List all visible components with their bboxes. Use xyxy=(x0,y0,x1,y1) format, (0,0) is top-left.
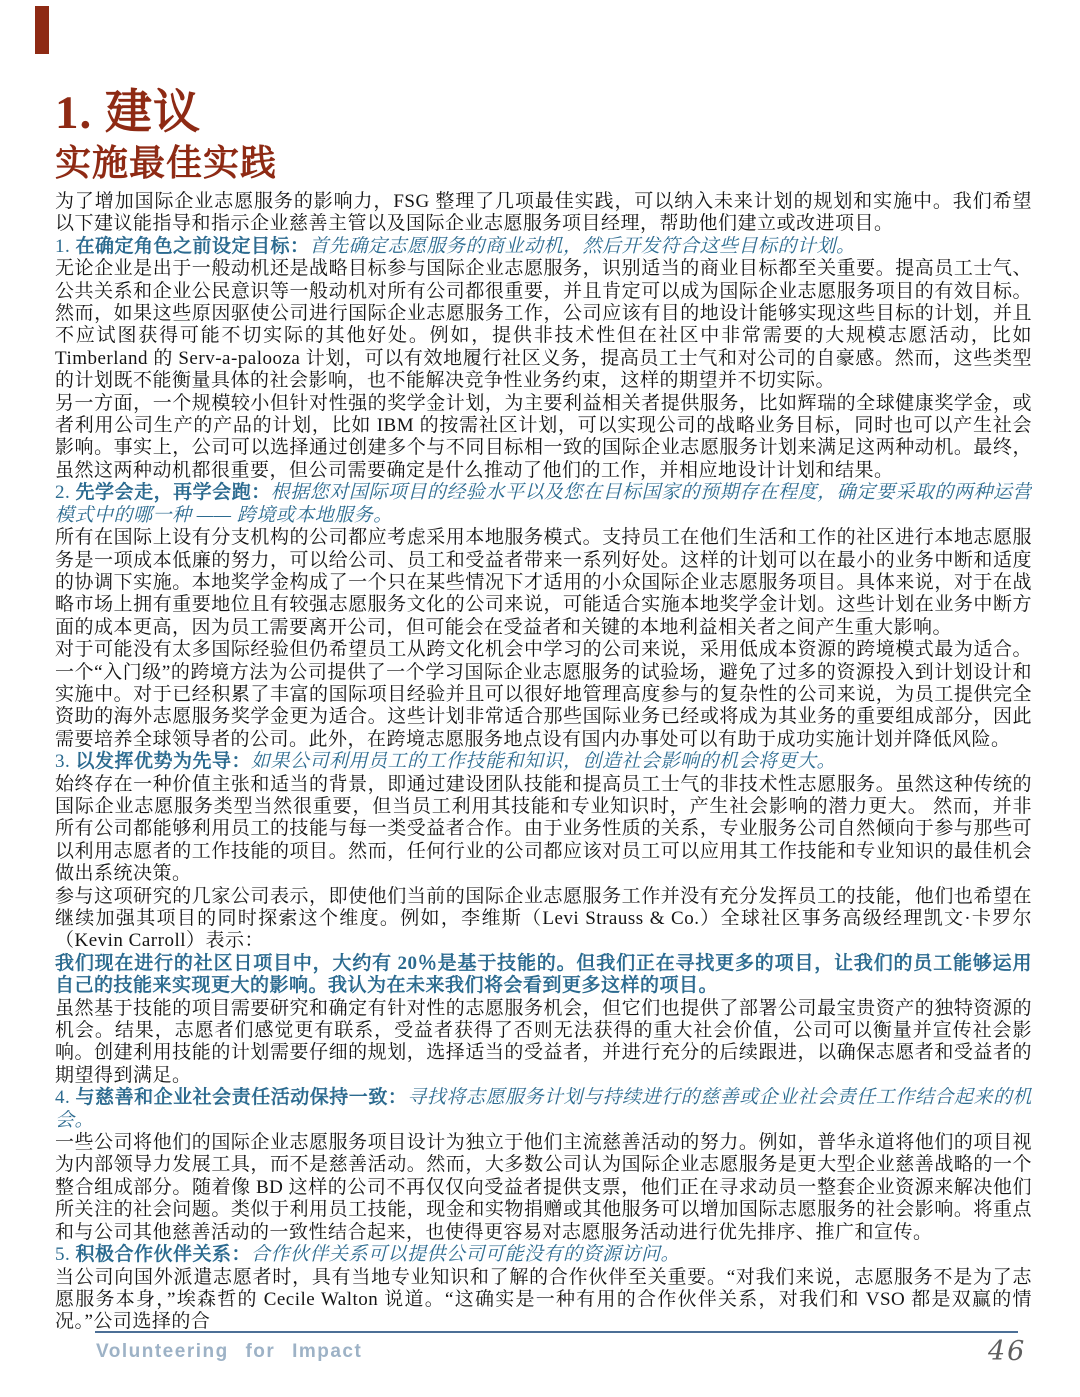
document-page: 1. 建议 实施最佳实践 为了增加国际企业志愿服务的影响力，FSG 整理了几项最… xyxy=(0,0,1080,1397)
paragraph: 对于可能没有太多国际经验但仍希望员工从跨文化机会中学习的公司来说，采用低成本资源… xyxy=(55,639,1032,751)
paragraph: 虽然基于技能的项目需要研究和确定有针对性的志愿服务机会，但它们也提供了部署公司最… xyxy=(55,998,1032,1088)
paragraph: 参与这项研究的几家公司表示，即使他们当前的国际企业志愿服务工作并没有充分发挥员工… xyxy=(55,886,1032,953)
heading-title: 在确定角色之前设定目标： xyxy=(76,236,310,257)
numbered-heading: 1. 在确定角色之前设定目标：首先确定志愿服务的商业动机，然后开发符合这些目标的… xyxy=(55,236,1032,258)
paragraph: 当公司向国外派遣志愿者时，具有当地专业知识和了解的合作伙伴至关重要。“对我们来说… xyxy=(55,1267,1032,1332)
numbered-heading: 5. 积极合作伙伴关系：合作伙伴关系可以提供公司可能没有的资源访问。 xyxy=(55,1244,1032,1266)
heading-number: 4. xyxy=(55,1087,76,1108)
page-title: 1. 建议 xyxy=(55,88,201,140)
heading-number: 5. xyxy=(55,1244,76,1265)
section-marker-bar xyxy=(35,6,49,54)
heading-title: 积极合作伙伴关系： xyxy=(76,1244,252,1265)
quote-paragraph: 我们现在进行的社区日项目中，大约有 20％是基于技能的。但我们正在寻找更多的项目… xyxy=(55,953,1032,998)
page-subtitle: 实施最佳实践 xyxy=(55,144,277,184)
heading-description: 首先确定志愿服务的商业动机，然后开发符合这些目标的计划。 xyxy=(310,236,856,257)
paragraph: 另一方面，一个规模较小但针对性强的奖学金计划，为主要利益相关者提供服务，比如辉瑞… xyxy=(55,393,1032,483)
paragraph: 所有在国际上设有分支机构的公司都应考虑采用本地服务模式。支持员工在他们生活和工作… xyxy=(55,527,1032,639)
paragraph: 无论企业是出于一般动机还是战略目标参与国际企业志愿服务，识别适当的商业目标都至关… xyxy=(55,258,1032,392)
footer-divider xyxy=(95,1331,1018,1333)
heading-number: 1. xyxy=(55,236,76,257)
heading-number: 3. xyxy=(55,751,76,772)
page-number: 46 xyxy=(988,1336,1026,1367)
document-body: 为了增加国际企业志愿服务的影响力，FSG 整理了几项最佳实践，可以纳入未来计划的… xyxy=(55,191,1032,1331)
heading-title: 以发挥优势为先导： xyxy=(76,751,252,772)
heading-title: 先学会走，再学会跑： xyxy=(76,482,271,503)
numbered-heading: 2. 先学会走，再学会跑：根据您对国际项目的经验水平以及您在目标国家的预期存在程… xyxy=(55,482,1032,527)
paragraph: 为了增加国际企业志愿服务的影响力，FSG 整理了几项最佳实践，可以纳入未来计划的… xyxy=(55,191,1032,236)
numbered-heading: 3. 以发挥优势为先导：如果公司利用员工的工作技能和知识，创造社会影响的机会将更… xyxy=(55,751,1032,773)
heading-title: 与慈善和企业社会责任活动保持一致： xyxy=(76,1087,408,1108)
numbered-heading: 4. 与慈善和企业社会责任活动保持一致：寻找将志愿服务计划与持续进行的慈善或企业… xyxy=(55,1087,1032,1132)
paragraph: 一些公司将他们的国际企业志愿服务项目设计为独立于他们主流慈善活动的努力。例如，普… xyxy=(55,1132,1032,1244)
paragraph: 始终存在一种价值主张和适当的背景，即通过建设团队技能和提高员工士气的非技术性志愿… xyxy=(55,774,1032,886)
footer-brand-text: Volunteering for Impact xyxy=(96,1341,362,1363)
heading-description: 如果公司利用员工的工作技能和知识，创造社会影响的机会将更大。 xyxy=(251,751,836,772)
heading-number: 2. xyxy=(55,482,76,503)
heading-description: 合作伙伴关系可以提供公司可能没有的资源访问。 xyxy=(251,1244,680,1265)
